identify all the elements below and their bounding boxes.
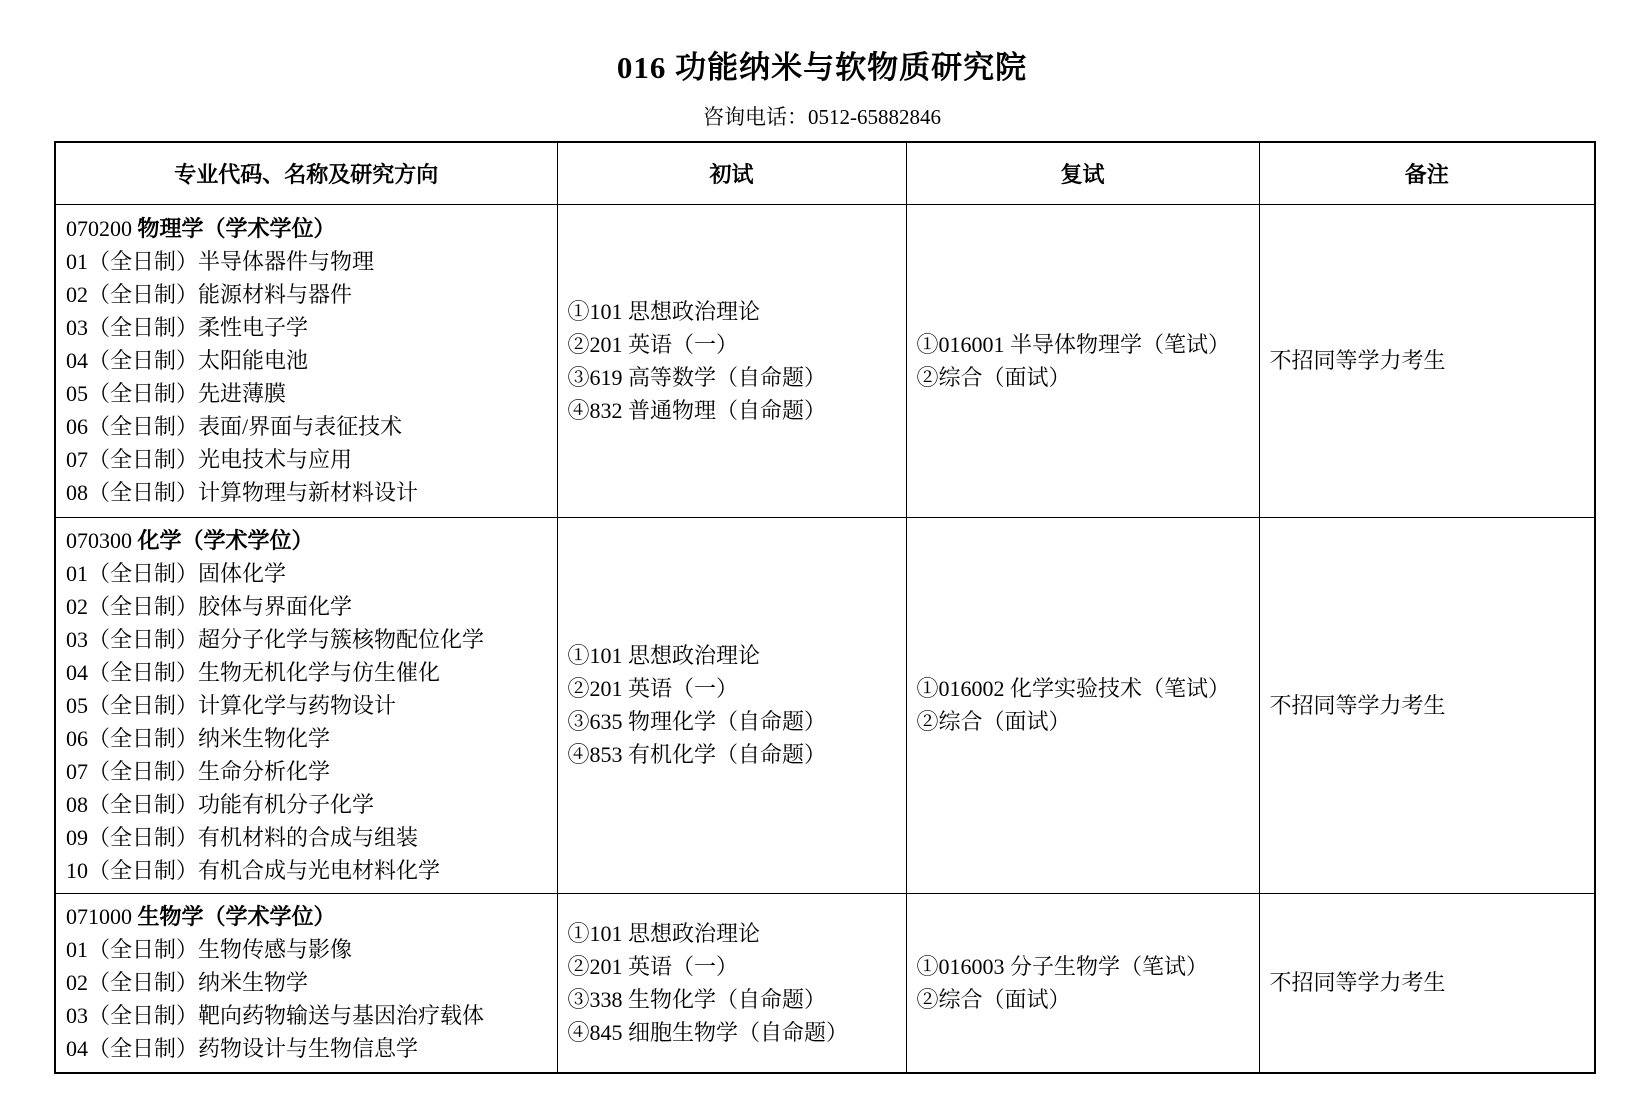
program-name: 生物学（学术学位） xyxy=(138,904,336,929)
direction-item: 05（全日制）先进薄膜 xyxy=(66,377,547,410)
program-code: 070200 xyxy=(66,216,132,241)
contact-phone: 咨询电话：0512-65882846 xyxy=(0,101,1644,131)
direction-item: 04（全日制）生物无机化学与仿生催化 xyxy=(66,656,547,689)
direction-item: 03（全日制）柔性电子学 xyxy=(66,311,547,344)
direction-item: 04（全日制）药物设计与生物信息学 xyxy=(66,1032,547,1065)
remark-text: 不招同等学力考生 xyxy=(1270,689,1585,722)
direction-item: 08（全日制）计算物理与新材料设计 xyxy=(66,476,547,509)
direction-item: 01（全日制）半导体器件与物理 xyxy=(66,245,547,278)
initial-exam-cell: ①101 思想政治理论 ②201 英语（一） ③338 生物化学（自命题） ④8… xyxy=(557,893,906,1073)
direction-item: 09（全日制）有机材料的合成与组装 xyxy=(66,821,547,854)
program-name: 物理学（学术学位） xyxy=(138,216,336,241)
retest-line: ②综合（面试） xyxy=(917,983,1249,1016)
table-row: 070300 化学（学术学位） 01（全日制）固体化学 02（全日制）胶体与界面… xyxy=(55,517,1595,893)
retest-cell: ①016001 半导体物理学（笔试） ②综合（面试） xyxy=(906,204,1259,517)
remark-cell: 不招同等学力考生 xyxy=(1259,204,1595,517)
initial-exam-line: ④845 细胞生物学（自命题） xyxy=(568,1016,896,1049)
initial-exam-line: ③619 高等数学（自命题） xyxy=(568,361,896,394)
table-row: 071000 生物学（学术学位） 01（全日制）生物传感与影像 02（全日制）纳… xyxy=(55,893,1595,1073)
retest-line: ①016001 半导体物理学（笔试） xyxy=(917,328,1249,361)
program-cell: 070300 化学（学术学位） 01（全日制）固体化学 02（全日制）胶体与界面… xyxy=(55,517,557,893)
direction-item: 02（全日制）纳米生物学 xyxy=(66,966,547,999)
remark-cell: 不招同等学力考生 xyxy=(1259,517,1595,893)
initial-exam-line: ④853 有机化学（自命题） xyxy=(568,738,896,771)
program-title: 071000 生物学（学术学位） xyxy=(66,900,547,933)
retest-cell: ①016003 分子生物学（笔试） ②综合（面试） xyxy=(906,893,1259,1073)
header-program: 专业代码、名称及研究方向 xyxy=(55,142,557,204)
direction-item: 06（全日制）纳米生物化学 xyxy=(66,722,547,755)
program-name: 化学（学术学位） xyxy=(138,528,314,553)
initial-exam-line: ④832 普通物理（自命题） xyxy=(568,394,896,427)
remark-text: 不招同等学力考生 xyxy=(1270,966,1585,999)
program-code: 071000 xyxy=(66,904,132,929)
initial-exam-line: ③635 物理化学（自命题） xyxy=(568,705,896,738)
header-remark: 备注 xyxy=(1259,142,1595,204)
admissions-table: 专业代码、名称及研究方向 初试 复试 备注 070200 物理学（学术学位） 0… xyxy=(54,141,1596,1074)
retest-cell: ①016002 化学实验技术（笔试） ②综合（面试） xyxy=(906,517,1259,893)
direction-item: 03（全日制）靶向药物输送与基因治疗载体 xyxy=(66,999,547,1032)
direction-item: 06（全日制）表面/界面与表征技术 xyxy=(66,410,547,443)
direction-item: 07（全日制）生命分析化学 xyxy=(66,755,547,788)
initial-exam-line: ②201 英语（一） xyxy=(568,328,896,361)
initial-exam-cell: ①101 思想政治理论 ②201 英语（一） ③635 物理化学（自命题） ④8… xyxy=(557,517,906,893)
program-title: 070200 物理学（学术学位） xyxy=(66,212,547,245)
direction-item: 01（全日制）固体化学 xyxy=(66,557,547,590)
retest-line: ②综合（面试） xyxy=(917,705,1249,738)
direction-item: 01（全日制）生物传感与影像 xyxy=(66,933,547,966)
direction-item: 02（全日制）能源材料与器件 xyxy=(66,278,547,311)
program-code: 070300 xyxy=(66,528,132,553)
initial-exam-line: ②201 英语（一） xyxy=(568,950,896,983)
initial-exam-line: ③338 生物化学（自命题） xyxy=(568,983,896,1016)
initial-exam-line: ①101 思想政治理论 xyxy=(568,295,896,328)
page-title: 016 功能纳米与软物质研究院 xyxy=(0,0,1644,87)
direction-item: 04（全日制）太阳能电池 xyxy=(66,344,547,377)
program-title: 070300 化学（学术学位） xyxy=(66,524,547,557)
direction-item: 08（全日制）功能有机分子化学 xyxy=(66,788,547,821)
retest-line: ①016003 分子生物学（笔试） xyxy=(917,950,1249,983)
header-retest: 复试 xyxy=(906,142,1259,204)
remark-text: 不招同等学力考生 xyxy=(1270,344,1585,377)
initial-exam-line: ①101 思想政治理论 xyxy=(568,917,896,950)
header-initial-exam: 初试 xyxy=(557,142,906,204)
direction-item: 05（全日制）计算化学与药物设计 xyxy=(66,689,547,722)
direction-item: 03（全日制）超分子化学与簇核物配位化学 xyxy=(66,623,547,656)
retest-line: ①016002 化学实验技术（笔试） xyxy=(917,672,1249,705)
initial-exam-line: ①101 思想政治理论 xyxy=(568,639,896,672)
table-header-row: 专业代码、名称及研究方向 初试 复试 备注 xyxy=(55,142,1595,204)
direction-item: 02（全日制）胶体与界面化学 xyxy=(66,590,547,623)
program-cell: 071000 生物学（学术学位） 01（全日制）生物传感与影像 02（全日制）纳… xyxy=(55,893,557,1073)
program-cell: 070200 物理学（学术学位） 01（全日制）半导体器件与物理 02（全日制）… xyxy=(55,204,557,517)
initial-exam-line: ②201 英语（一） xyxy=(568,672,896,705)
direction-item: 10（全日制）有机合成与光电材料化学 xyxy=(66,854,547,887)
remark-cell: 不招同等学力考生 xyxy=(1259,893,1595,1073)
initial-exam-cell: ①101 思想政治理论 ②201 英语（一） ③619 高等数学（自命题） ④8… xyxy=(557,204,906,517)
retest-line: ②综合（面试） xyxy=(917,361,1249,394)
direction-item: 07（全日制）光电技术与应用 xyxy=(66,443,547,476)
table-row: 070200 物理学（学术学位） 01（全日制）半导体器件与物理 02（全日制）… xyxy=(55,204,1595,517)
